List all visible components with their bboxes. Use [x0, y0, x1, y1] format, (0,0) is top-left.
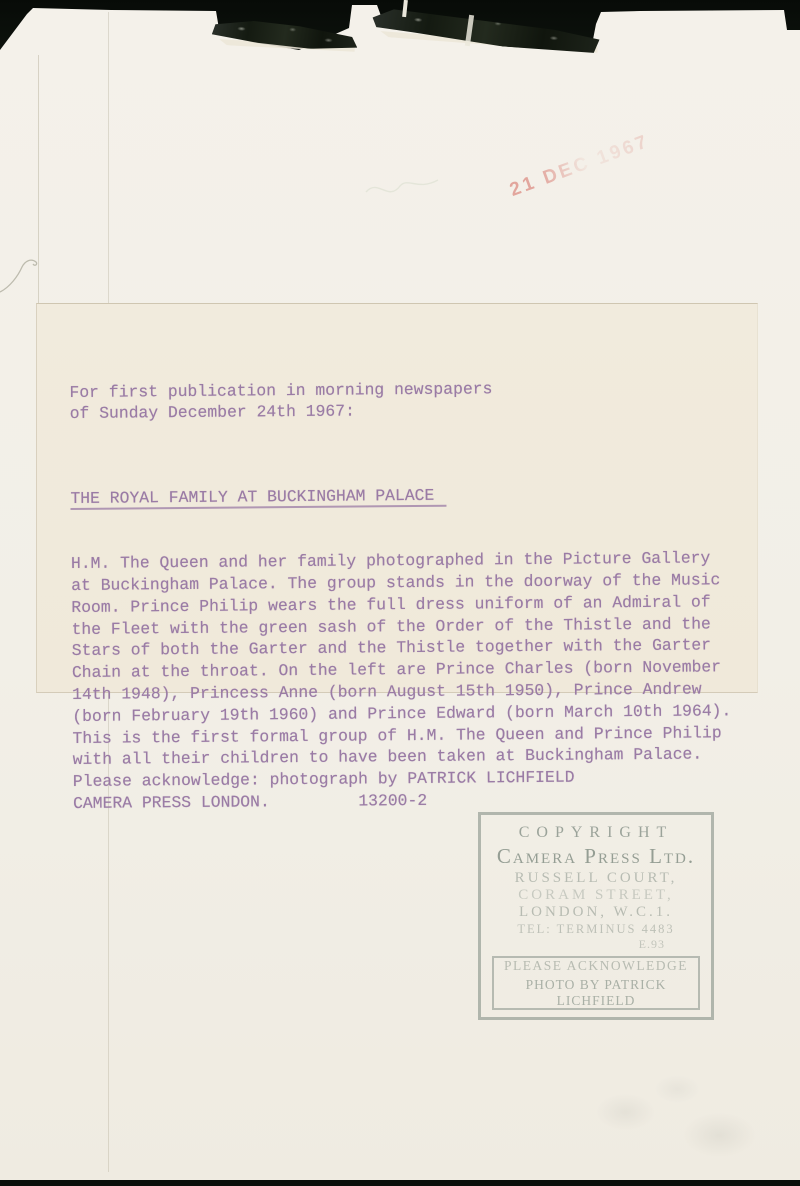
stamp-acknowledge-line: PLEASE ACKNOWLEDGE — [494, 958, 698, 974]
caption-title: THE ROYAL FAMILY AT BUCKINGHAM PALACE — [70, 485, 446, 509]
caption-slip: For first publication in morning newspap… — [36, 303, 758, 693]
stamp-address-line: RUSSELL COURT, — [515, 870, 678, 887]
publication-note: For first publication in morning newspap… — [69, 376, 728, 425]
pencil-scribble — [358, 158, 453, 213]
stamp-phone-line: TEL: TERMINUS 4483 — [517, 922, 674, 937]
backdrop-bottom-edge — [0, 1180, 800, 1186]
stamp-address-line: LONDON, W.C.1. — [519, 904, 673, 921]
caption-title-line: THE ROYAL FAMILY AT BUCKINGHAM PALACE — [70, 482, 729, 510]
stamp-acknowledge-line: PHOTO BY PATRICK LICHFIELD — [494, 977, 698, 1009]
copyright-stamp: COPYRIGHT Camera Press Ltd. RUSSELL COUR… — [478, 812, 714, 1020]
paper-mottling — [555, 1070, 790, 1175]
stamp-acknowledge-box: PLEASE ACKNOWLEDGE PHOTO BY PATRICK LICH… — [492, 956, 700, 1010]
stamp-code: E.93 — [639, 937, 665, 952]
stamp-company-line: Camera Press Ltd. — [497, 844, 695, 869]
paper-tear-mark — [0, 252, 60, 302]
caption-body: H.M. The Queen and her family photograph… — [71, 547, 732, 814]
stamp-address-line: CORAM STREET, — [518, 887, 673, 904]
press-photo-back: 21 DEC 1967 For first publication in mor… — [0, 0, 800, 1186]
typewritten-caption: For first publication in morning newspap… — [69, 332, 733, 858]
stamp-copyright-line: COPYRIGHT — [519, 824, 674, 842]
